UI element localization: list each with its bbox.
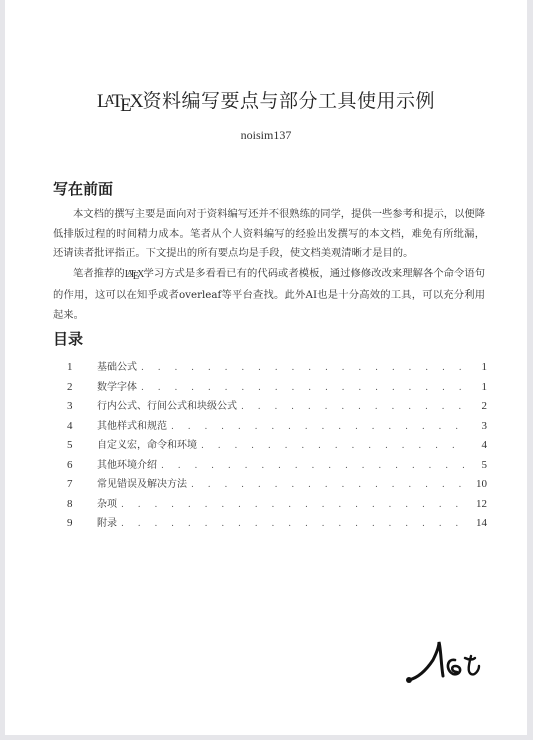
latex-logo: LATEX (97, 91, 142, 112)
toc-entry-title[interactable]: 基础公式 (97, 358, 141, 373)
toc-entry-number: 8 (67, 498, 97, 510)
toc-entry-number: 6 (67, 459, 97, 471)
toc-entry-number: 2 (67, 381, 97, 393)
toc-entry-page[interactable]: 3 (465, 420, 487, 432)
preface-paragraph-2: 笔者推荐的LATEX学习方式是多看看已有的代码或者模板，通过修修改改来理解各个命… (53, 263, 485, 325)
preface-heading: 写在前面 (53, 178, 113, 199)
toc-leader-dots: . . . . . . . . . . . . . . . . . . . . … (141, 363, 465, 373)
toc-entry-page[interactable]: 12 (465, 498, 487, 510)
author-name: noisim137 (5, 128, 527, 143)
toc-entry-title[interactable]: 其他环境介绍 (97, 456, 161, 471)
toc-entry[interactable]: 7常见错误及解决方法. . . . . . . . . . . . . . . … (67, 475, 487, 495)
toc-leader-dots: . . . . . . . . . . . . . . . . . . . . … (201, 441, 465, 451)
toc-entry-title[interactable]: 常见错误及解决方法 (97, 475, 191, 490)
toc-leader-dots: . . . . . . . . . . . . . . . . . . . . … (121, 519, 465, 529)
latex-logo: LATEX (125, 269, 144, 280)
toc-entry[interactable]: 1基础公式. . . . . . . . . . . . . . . . . .… (67, 358, 487, 378)
preface-paragraph-1: 本文档的撰写主要是面向对于资料编写还并不很熟练的同学，提供一些参考和提示，以便降… (53, 205, 485, 264)
toc-entry-title[interactable]: 附录 (97, 514, 121, 529)
toc-entry[interactable]: 2数学字体. . . . . . . . . . . . . . . . . .… (67, 378, 487, 398)
toc-entry-number: 3 (67, 400, 97, 412)
toc-entry[interactable]: 9附录. . . . . . . . . . . . . . . . . . .… (67, 514, 487, 534)
toc-heading: 目录 (53, 328, 83, 349)
toc-leader-dots: . . . . . . . . . . . . . . . . . . . . … (161, 461, 465, 471)
toc-entry-number: 5 (67, 439, 97, 451)
signature-icon (403, 636, 493, 696)
toc-leader-dots: . . . . . . . . . . . . . . . . . . . . … (191, 480, 465, 490)
toc-entry-title[interactable]: 其他样式和规范 (97, 417, 171, 432)
toc-entry-number: 1 (67, 361, 97, 373)
toc-leader-dots: . . . . . . . . . . . . . . . . . . . . … (141, 383, 465, 393)
toc-leader-dots: . . . . . . . . . . . . . . . . . . . . … (121, 500, 465, 510)
toc-leader-dots: . . . . . . . . . . . . . . . . . . . . … (241, 402, 465, 412)
toc-entry[interactable]: 5自定义宏，命令和环境. . . . . . . . . . . . . . .… (67, 436, 487, 456)
toc-entry[interactable]: 6其他环境介绍. . . . . . . . . . . . . . . . .… (67, 456, 487, 476)
toc-entry[interactable]: 4其他样式和规范. . . . . . . . . . . . . . . . … (67, 417, 487, 437)
document-page: LATEX资料编写要点与部分工具使用示例 noisim137 写在前面 本文档的… (5, 0, 527, 735)
title-text: 资料编写要点与部分工具使用示例 (142, 90, 435, 112)
toc-entry-page[interactable]: 10 (465, 478, 487, 490)
toc-entry-number: 4 (67, 420, 97, 432)
toc-entry[interactable]: 3行内公式、行间公式和块级公式. . . . . . . . . . . . .… (67, 397, 487, 417)
toc-entry-title[interactable]: 自定义宏，命令和环境 (97, 436, 201, 451)
toc-entry-number: 7 (67, 478, 97, 490)
toc-entry-page[interactable]: 1 (465, 361, 487, 373)
toc-entry-title[interactable]: 行内公式、行间公式和块级公式 (97, 397, 241, 412)
toc-entry-number: 9 (67, 517, 97, 529)
toc-entry-page[interactable]: 14 (465, 517, 487, 529)
toc-entry-page[interactable]: 2 (465, 400, 487, 412)
toc-entry[interactable]: 8杂项. . . . . . . . . . . . . . . . . . .… (67, 495, 487, 515)
toc-entry-title[interactable]: 数学字体 (97, 378, 141, 393)
document-title: LATEX资料编写要点与部分工具使用示例 (5, 86, 527, 117)
toc-entry-page[interactable]: 4 (465, 439, 487, 451)
toc-leader-dots: . . . . . . . . . . . . . . . . . . . . … (171, 422, 465, 432)
para2-text-before: 笔者推荐的 (73, 268, 125, 280)
toc-entry-title[interactable]: 杂项 (97, 495, 121, 510)
toc-entry-page[interactable]: 1 (465, 381, 487, 393)
table-of-contents: 1基础公式. . . . . . . . . . . . . . . . . .… (67, 358, 487, 534)
toc-entry-page[interactable]: 5 (465, 459, 487, 471)
